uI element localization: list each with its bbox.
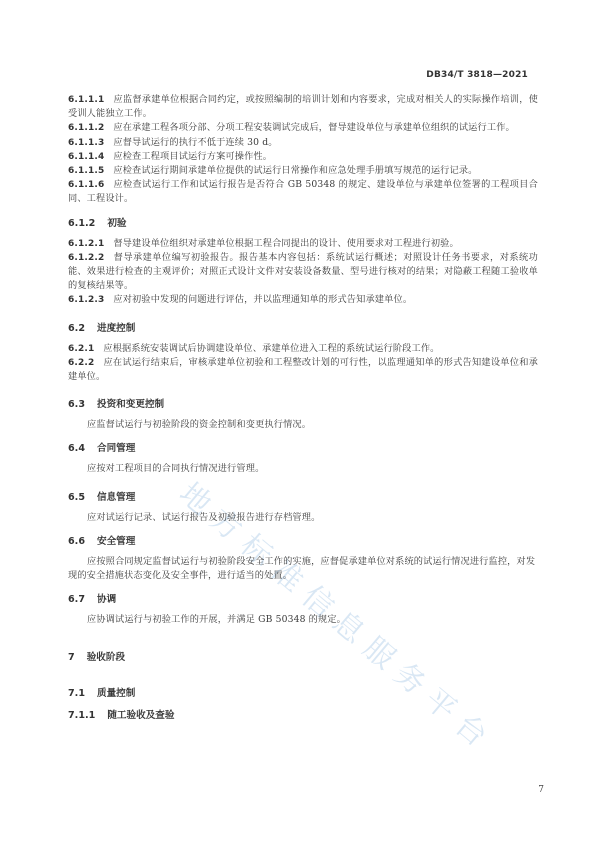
paragraph-6-6: 应按照合同规定监督试运行与初验阶段安全工作的实施，应督促承建单位对系统的试运行情… bbox=[68, 555, 538, 583]
paragraph-6-7: 应协调试运行与初验工作的开展，并满足 GB 50348 的规定。 bbox=[68, 613, 538, 627]
heading-6-5: 6.5信息管理 bbox=[68, 489, 538, 503]
paragraph-6-4: 应按对工程项目的合同执行情况进行管理。 bbox=[68, 462, 538, 476]
standard-code: DB34/T 3818—2021 bbox=[426, 70, 528, 80]
paragraph-6-3: 应监督试运行与初验阶段的资金控制和变更执行情况。 bbox=[68, 418, 538, 432]
clause-6-2-1: 6.2.1应根据系统安装调试后协调建设单位、承建单位进入工程的系统试运行阶段工作… bbox=[68, 342, 538, 356]
heading-7-1: 7.1质量控制 bbox=[68, 685, 538, 699]
heading-6-2: 6.2进度控制 bbox=[68, 320, 538, 334]
page-number: 7 bbox=[538, 785, 544, 795]
clause-6-1-1-2: 6.1.1.2应在承建工程各项分部、分项工程安装调试完成后，督导建设单位与承建单… bbox=[68, 121, 538, 135]
heading-7-1-1: 7.1.1随工验收及查验 bbox=[68, 707, 538, 721]
clause-6-1-2-3: 6.1.2.3应对初验中发现的问题进行评估，并以监理通知单的形式告知承建单位。 bbox=[68, 293, 538, 307]
heading-6-4: 6.4合同管理 bbox=[68, 440, 538, 454]
clause-6-1-1-4: 6.1.1.4应检查工程项目试运行方案可操作性。 bbox=[68, 150, 538, 164]
clause-6-1-1-3: 6.1.1.3应督导试运行的执行不低于连续 30 d。 bbox=[68, 136, 538, 150]
heading-6-3: 6.3投资和变更控制 bbox=[68, 396, 538, 410]
clause-6-1-2-1: 6.1.2.1督导建设单位组织对承建单位根据工程合同提出的设计、使用要求对工程进… bbox=[68, 237, 538, 251]
heading-7: 7验收阶段 bbox=[68, 649, 538, 663]
clause-6-1-2-2: 6.1.2.2督导承建单位编写初验报告。报告基本内容包括：系统试运行概述；对照设… bbox=[68, 251, 538, 294]
clause-6-1-1-5: 6.1.1.5应检查试运行期间承建单位提供的试运行日常操作和应急处理手册填写规范… bbox=[68, 164, 538, 178]
heading-6-1-2: 6.1.2初验 bbox=[68, 215, 538, 229]
document-body: 6.1.1.1应监督承建单位根据合同约定，或按照编制的培训计划和内容要求，完成对… bbox=[68, 93, 538, 721]
clause-6-2-2: 6.2.2应在试运行结束后，审核承建单位初验和工程整改计划的可行性，以监理通知单… bbox=[68, 356, 538, 384]
heading-6-6: 6.6安全管理 bbox=[68, 533, 538, 547]
paragraph-6-5: 应对试运行记录、试运行报告及初验报告进行存档管理。 bbox=[68, 511, 538, 525]
heading-6-7: 6.7协调 bbox=[68, 591, 538, 605]
clause-6-1-1-6: 6.1.1.6应检查试运行工作和试运行报告是否符合 GB 50348 的规定、建… bbox=[68, 178, 538, 206]
clause-6-1-1-1: 6.1.1.1应监督承建单位根据合同约定，或按照编制的培训计划和内容要求，完成对… bbox=[68, 93, 538, 121]
